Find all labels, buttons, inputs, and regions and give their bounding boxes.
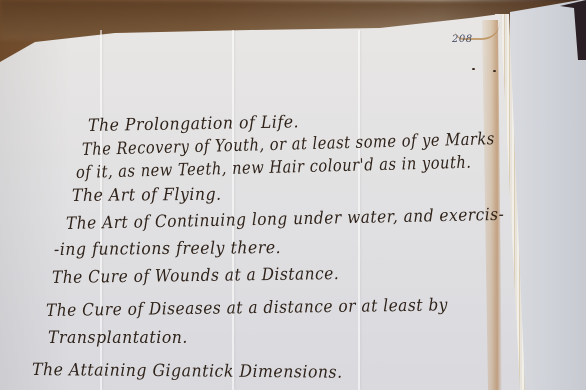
manuscript-line: The Attaining Gigantick Dimensions. — [32, 360, 343, 383]
manuscript-line: The Prolongation of Life. — [88, 112, 299, 136]
manuscript-line: The Cure of Wounds at a Distance. — [52, 264, 339, 288]
manuscript-line: The Art of Flying. — [72, 185, 222, 206]
manuscript-line: The Art of Continuing long under water, … — [66, 205, 505, 234]
manuscript-line: -ing functions freely there. — [54, 238, 281, 260]
manuscript-line: Transplantation. — [48, 328, 188, 348]
manuscript-text: The Prolongation of Life. The Recovery o… — [0, 0, 586, 390]
manuscript-line: The Cure of Diseases at a distance or at… — [46, 295, 448, 321]
